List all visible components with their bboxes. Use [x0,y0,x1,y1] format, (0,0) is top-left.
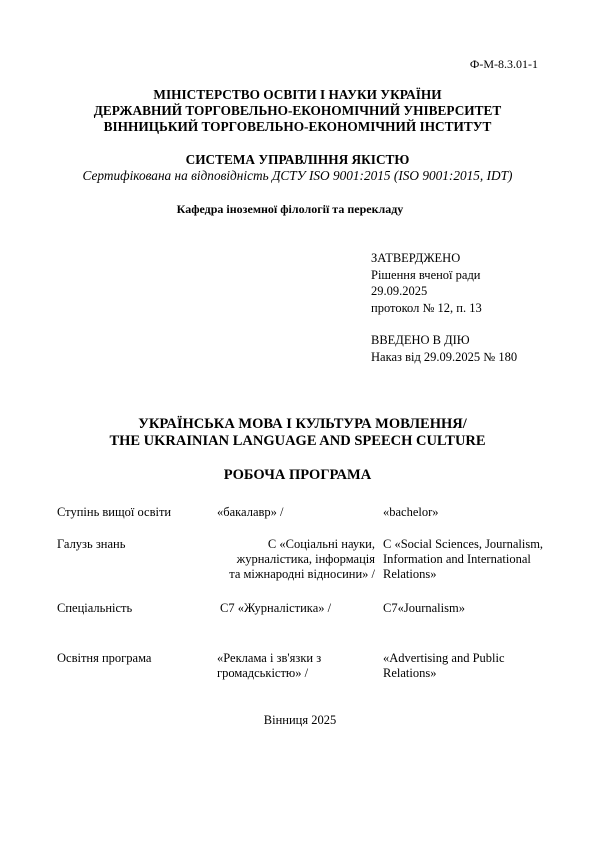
detail-label-degree: Ступінь вищої освіти [57,505,171,520]
detail-value-line: Information and International [383,552,543,567]
detail-value-line: «bachelor» [383,505,439,520]
detail-label-field: Галузь знань [57,537,125,552]
approved-label: ЗАТВЕРДЖЕНО [371,250,517,267]
detail-value-ua-specialty: С7 «Журналістика» / [220,601,331,616]
detail-value-line: та міжнародні відносини» / [180,567,375,582]
course-title-ua: УКРАЇНСЬКА МОВА І КУЛЬТУРА МОВЛЕННЯ/ [0,416,595,433]
approval-decision: Рішення вченої ради [371,267,517,284]
detail-value-line: Relations» [383,567,543,582]
detail-label-program: Освітня програма [57,651,151,666]
detail-value-line: С «Social Sciences, Journalism, [383,537,543,552]
city-year: Вінниця 2025 [0,713,595,728]
detail-value-line: «бакалавр» / [217,505,284,520]
institute-name: ВІННИЦЬКИЙ ТОРГОВЕЛЬНО-ЕКОНОМІЧНИЙ ІНСТИ… [0,119,595,135]
approval-block: ЗАТВЕРДЖЕНО Рішення вченої ради 29.09.20… [371,250,517,365]
approval-date: 29.09.2025 [371,283,517,300]
detail-value-ua-program: «Реклама і зв'язки з громадськістю» / [217,651,321,681]
quality-system-certification: Сертифікована на відповідність ДСТУ ISO … [0,168,595,184]
ministry-name: МІНІСТЕРСТВО ОСВІТИ І НАУКИ УКРАЇНИ [0,87,595,103]
program-title: РОБОЧА ПРОГРАМА [0,467,595,484]
detail-value-line: «Advertising and Public [383,651,505,666]
detail-value-line: С7 «Журналістика» / [220,601,331,616]
approval-protocol: протокол № 12, п. 13 [371,300,517,317]
university-name: ДЕРЖАВНИЙ ТОРГОВЕЛЬНО-ЕКОНОМІЧНИЙ УНІВЕР… [0,103,595,119]
detail-value-en-field: С «Social Sciences, Journalism, Informat… [383,537,543,582]
detail-value-ua-field: С «Соціальні науки, журналістика, інформ… [180,537,375,582]
detail-value-line: «Реклама і зв'язки з [217,651,321,666]
detail-value-line: громадськістю» / [217,666,321,681]
introduction-order: Наказ від 29.09.2025 № 180 [371,349,517,366]
detail-value-en-degree: «bachelor» [383,505,439,520]
course-title: УКРАЇНСЬКА МОВА І КУЛЬТУРА МОВЛЕННЯ/ THE… [0,416,595,450]
department-name: Кафедра іноземної філології та перекладу [0,201,580,217]
detail-label-specialty: Спеціальність [57,601,132,616]
course-title-en: THE UKRAINIAN LANGUAGE AND SPEECH CULTUR… [0,433,595,450]
quality-system-title: СИСТЕМА УПРАВЛІННЯ ЯКІСТЮ [0,152,595,168]
form-code: Ф-М-8.3.01-1 [0,57,538,72]
detail-value-en-specialty: С7«Journalism» [383,601,465,616]
detail-value-line: Relations» [383,666,505,681]
detail-value-ua-degree: «бакалавр» / [217,505,284,520]
detail-value-en-program: «Advertising and Public Relations» [383,651,505,681]
introduced-label: ВВЕДЕНО В ДІЮ [371,332,517,349]
detail-value-line: журналістика, інформація [180,552,375,567]
detail-value-line: С7«Journalism» [383,601,465,616]
detail-value-line: С «Соціальні науки, [180,537,375,552]
